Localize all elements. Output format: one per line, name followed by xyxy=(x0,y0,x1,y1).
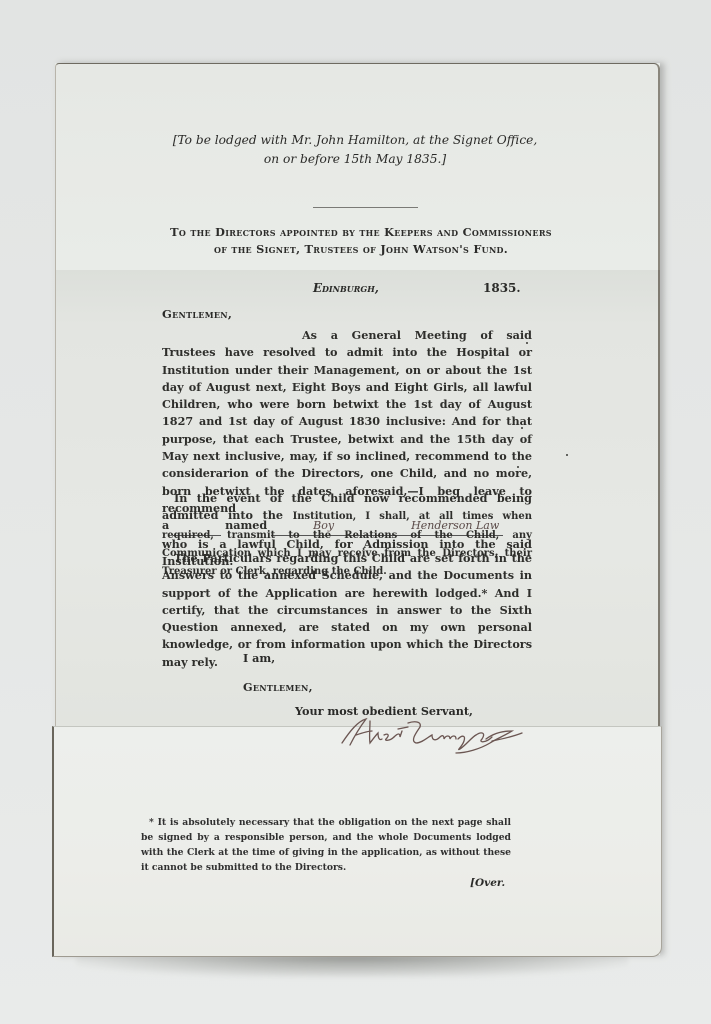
ink-speck xyxy=(517,466,519,468)
closing-i-am: I am, xyxy=(243,651,275,665)
addressee: To the Directors appointed by the Keeper… xyxy=(135,224,587,258)
document-sheet: [To be lodged with Mr. John Hamilton, at… xyxy=(55,63,660,955)
lodging-note-line1: [To be lodged with Mr. John Hamilton, at… xyxy=(145,131,565,150)
ink-speck xyxy=(525,333,527,335)
lodging-note-line2: on or before 15th May 1835.] xyxy=(145,150,565,169)
paragraph-particulars: The Particulars regarding this Child are… xyxy=(162,550,532,671)
footnote: * It is absolutely necessary that the ob… xyxy=(141,815,511,875)
ink-speck xyxy=(526,342,528,344)
over-indicator: [Over. xyxy=(470,877,505,889)
divider-rule xyxy=(313,207,418,208)
date-year: 1835. xyxy=(483,281,521,295)
lodging-note: [To be lodged with Mr. John Hamilton, at… xyxy=(145,131,565,169)
addressee-line1: To the Directors appointed by the Keeper… xyxy=(135,224,587,241)
paper-shadow xyxy=(76,955,628,977)
signature-icon: Alex. Lamond xyxy=(336,713,526,755)
paragraph1-text: As a General Meeting of said Trustees ha… xyxy=(162,328,532,515)
ink-speck xyxy=(566,454,568,456)
addressee-line2: of the Signet, Trustees of John Watson's… xyxy=(135,241,587,258)
closing-gentlemen: Gentlemen, xyxy=(243,680,313,694)
salutation: Gentlemen, xyxy=(162,307,232,321)
ink-speck xyxy=(521,427,523,429)
place-name: Edinburgh, xyxy=(313,281,379,295)
